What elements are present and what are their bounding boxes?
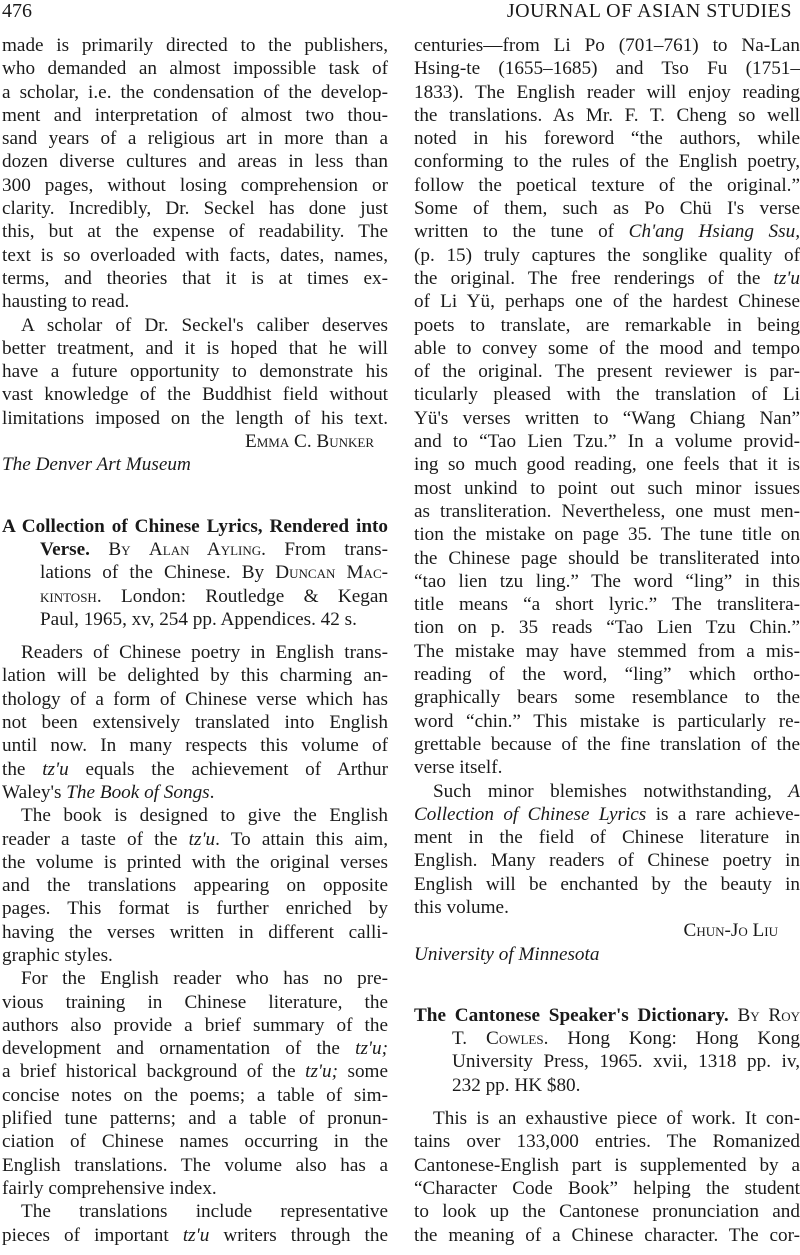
text-line: the Chinese page should be transliterate… bbox=[414, 547, 800, 570]
text-line: “Character Code Book” helping the studen… bbox=[414, 1177, 800, 1200]
text-line: pieces of important tz'u writers through… bbox=[2, 1224, 388, 1247]
reviewer-affiliation: The Denver Art Museum bbox=[2, 453, 388, 476]
heading-line: 232 pp. HK $80. bbox=[414, 1074, 800, 1097]
text-line: ment and interpretation of almost two th… bbox=[2, 104, 388, 127]
text-line: limitations imposed on the length of his… bbox=[2, 407, 388, 430]
text: equals the achievement of Arthur bbox=[85, 759, 388, 780]
text-line: pages. This format is further enriched b… bbox=[2, 897, 388, 920]
text-line: of Li Yü, perhaps one of the hardest Chi… bbox=[414, 290, 800, 313]
heading-line: Paul, 1965, xv, 254 pp. Appendices. 42 s… bbox=[2, 608, 388, 631]
text-line: 1833). The English reader will enjoy rea… bbox=[414, 81, 800, 104]
by-label: By bbox=[108, 539, 130, 560]
text-line: The mistake may have stemmed from a mis- bbox=[414, 640, 800, 663]
review-end-paragraph: made is primarily directed to the publis… bbox=[2, 34, 388, 314]
italic-book-title: Collection of Chinese Lyrics bbox=[414, 804, 646, 825]
text-line: of the original. The present reviewer is… bbox=[414, 360, 800, 383]
text: written to the tune of bbox=[414, 221, 614, 242]
text-line: able to convey some of the mood and temp… bbox=[414, 337, 800, 360]
text-line: centuries—from Li Po (701–761) to Na-Lan bbox=[414, 34, 800, 57]
text: . bbox=[210, 782, 215, 803]
text-line: This is an exhaustive piece of work. It … bbox=[414, 1107, 800, 1130]
text-line: conforming to the rules of the English p… bbox=[414, 150, 800, 173]
right-column: centuries—from Li Po (701–761) to Na-Lan… bbox=[414, 34, 800, 1247]
reviewer-name: Emma C. Bunker bbox=[2, 430, 388, 453]
text-line: and to “Tao Lien Tzu.” In a volume provi… bbox=[414, 430, 800, 453]
text-line: ticularly pleased with the translation o… bbox=[414, 383, 800, 406]
text: the original. The free renderings of the bbox=[414, 268, 760, 289]
text-line: plified tune patterns; and a table of pr… bbox=[2, 1107, 388, 1130]
text-line: this, but at the expense of readability.… bbox=[2, 220, 388, 243]
review-heading: A Collection of Chinese Lyrics, Rendered… bbox=[2, 515, 388, 631]
text-line: English. Many readers of Chinese poetry … bbox=[414, 849, 800, 872]
text-line: title means “a short lyric.” The transli… bbox=[414, 593, 800, 616]
text-line: the translations. As Mr. F. T. Cheng so … bbox=[414, 104, 800, 127]
text-line: most unkind to point out such minor issu… bbox=[414, 477, 800, 500]
text: is a rare achieve- bbox=[656, 804, 800, 825]
book-title-cont: Verse. bbox=[40, 539, 90, 560]
reviewer-affiliation: University of Minnesota bbox=[414, 943, 800, 966]
italic-term: tz'u bbox=[183, 1225, 210, 1246]
text-line: The translations include representative bbox=[2, 1200, 388, 1223]
text-line: the volume is printed with the original … bbox=[2, 851, 388, 874]
text-line: Hsing-te (1655–1685) and Tso Fu (1751– bbox=[414, 57, 800, 80]
text: Waley's bbox=[2, 782, 61, 803]
text: development and ornamentation of the bbox=[2, 1038, 340, 1059]
italic-term: tz'u bbox=[189, 829, 216, 850]
review-body: Readers of Chinese poetry in English tra… bbox=[2, 641, 388, 1247]
text-line: ing so much good reading, one feels that… bbox=[414, 453, 800, 476]
heading-line: kintosh. London: Routledge & Kegan bbox=[2, 585, 388, 608]
text: Such minor blemishes notwithstanding, bbox=[433, 781, 772, 802]
text: writers through the bbox=[223, 1225, 388, 1246]
text-line: having the verses written in different c… bbox=[2, 921, 388, 944]
text-line: development and ornamentation of the tz'… bbox=[2, 1037, 388, 1060]
text-line: follow the poetical texture of the origi… bbox=[414, 174, 800, 197]
text-line: authors also provide a brief summary of … bbox=[2, 1014, 388, 1037]
page-number: 476 bbox=[2, 0, 32, 23]
italic-term: tz'u; bbox=[305, 1061, 338, 1082]
author-name: Roy bbox=[768, 1005, 800, 1026]
review-end-paragraph-2: A scholar of Dr. Seckel's caliber deserv… bbox=[2, 314, 388, 430]
text-line: who demanded an almost impossible task o… bbox=[2, 57, 388, 80]
text-line: tains over 133,000 entries. The Romanize… bbox=[414, 1130, 800, 1153]
text-line: English translations. The volume also ha… bbox=[2, 1154, 388, 1177]
book-title-line: A Collection of Chinese Lyrics, Rendered… bbox=[2, 515, 388, 538]
heading-line: University Press, 1965. xvii, 1318 pp. i… bbox=[414, 1050, 800, 1073]
review-heading: The Cantonese Speaker's Dictionary. By R… bbox=[414, 1004, 800, 1097]
italic-tune-title: Ch'ang Hsiang Ssu, bbox=[629, 221, 800, 242]
text-line: dozen diverse cultures and areas in less… bbox=[2, 150, 388, 173]
heading-line: Verse. By Alan Ayling. From trans- bbox=[2, 538, 388, 561]
text: pieces of important bbox=[2, 1225, 169, 1246]
author-name: kintosh. bbox=[40, 586, 102, 607]
text-line: Yü's verses written to “Wang Chiang Nan” bbox=[414, 407, 800, 430]
heading-line: T. Cowles. Hong Kong: Hong Kong bbox=[414, 1027, 800, 1050]
text-line: thology of a form of Chinese verse which… bbox=[2, 688, 388, 711]
text-line: the original. The free renderings of the… bbox=[414, 267, 800, 290]
text-line: made is primarily directed to the publis… bbox=[2, 34, 388, 57]
review-body-continued: centuries—from Li Po (701–761) to Na-Lan… bbox=[414, 34, 800, 919]
text-line: ciation of Chinese names occurring in th… bbox=[2, 1130, 388, 1153]
text-line: vast knowledge of the Buddhist field wit… bbox=[2, 383, 388, 406]
heading-text: lations of the Chinese. By bbox=[40, 562, 264, 583]
text: a brief historical background of the bbox=[2, 1061, 296, 1082]
text-line: the meaning of a Chinese character. The … bbox=[414, 1224, 800, 1247]
text-line: clarity. Incredibly, Dr. Seckel has done… bbox=[2, 197, 388, 220]
text-line: noted in his foreword “the authors, whil… bbox=[414, 127, 800, 150]
author-name: Duncan Mac- bbox=[275, 562, 388, 583]
author-name: Alan Ayling. bbox=[149, 539, 266, 560]
text-line: graphic styles. bbox=[2, 944, 388, 967]
text-line: fairly comprehensive index. bbox=[2, 1177, 388, 1200]
italic-term: tz'u bbox=[774, 268, 800, 289]
text-line: verse itself. bbox=[414, 756, 800, 779]
heading-line: lations of the Chinese. By Duncan Mac- bbox=[2, 561, 388, 584]
author-name: T. Cowles. bbox=[452, 1028, 548, 1049]
text-line: tion on p. 35 reads “Tao Lien Tzu Chin.” bbox=[414, 616, 800, 639]
text-line: better treatment, and it is hoped that h… bbox=[2, 337, 388, 360]
text-line: Some of them, such as Po Chü I's verse bbox=[414, 197, 800, 220]
text-line: and the translations appearing on opposi… bbox=[2, 874, 388, 897]
text-line: Cantonese-English part is supplemented b… bbox=[414, 1154, 800, 1177]
text-line: have a future opportunity to demonstrate… bbox=[2, 360, 388, 383]
text-line: poets to translate, are remarkable in be… bbox=[414, 314, 800, 337]
text: the bbox=[2, 759, 25, 780]
text-line: sand years of a religious art in more th… bbox=[2, 127, 388, 150]
italic-book-title: The Book of Songs bbox=[66, 782, 209, 803]
text-line: hausting to read. bbox=[2, 290, 388, 313]
text-line: until now. In many respects this volume … bbox=[2, 734, 388, 757]
text-line: this volume. bbox=[414, 896, 800, 919]
text-line: 300 pages, without losing comprehension … bbox=[2, 174, 388, 197]
text-line: tion the mistake on page 35. The tune ti… bbox=[414, 523, 800, 546]
text-line: reading of the word, “ling” which ortho- bbox=[414, 663, 800, 686]
text-line: a brief historical background of the tz'… bbox=[2, 1060, 388, 1083]
text-line: “tao lien tzu ling.” The word “ling” in … bbox=[414, 570, 800, 593]
text-line: The book is designed to give the English bbox=[2, 804, 388, 827]
text-line: text is so overloaded with facts, dates,… bbox=[2, 244, 388, 267]
heading-line: The Cantonese Speaker's Dictionary. By R… bbox=[414, 1004, 800, 1027]
text-line: not been extensively translated into Eng… bbox=[2, 711, 388, 734]
text-line: Such minor blemishes notwithstanding, A bbox=[414, 780, 800, 803]
text: . To attain this aim, bbox=[215, 829, 388, 850]
left-column: made is primarily directed to the publis… bbox=[2, 34, 388, 1247]
text-line: English will be enchanted by the beauty … bbox=[414, 873, 800, 896]
text-line: a scholar, i.e. the condensation of the … bbox=[2, 81, 388, 104]
text-line: A scholar of Dr. Seckel's caliber deserv… bbox=[2, 314, 388, 337]
text-line: (p. 15) truly captures the songlike qual… bbox=[414, 244, 800, 267]
italic-term: tz'u bbox=[42, 759, 69, 780]
text-line: ment in the field of Chinese literature … bbox=[414, 826, 800, 849]
heading-text: From trans- bbox=[284, 539, 388, 560]
text-line: graphically bears some resemblance to th… bbox=[414, 686, 800, 709]
text-line: vious training in Chinese literature, th… bbox=[2, 991, 388, 1014]
italic-book-title: A bbox=[788, 781, 800, 802]
text-line: grettable because of the fine translatio… bbox=[414, 733, 800, 756]
running-head: JOURNAL OF ASIAN STUDIES bbox=[507, 0, 792, 23]
text-line: terms, and theories that it is at times … bbox=[2, 267, 388, 290]
text-line: Waley's The Book of Songs. bbox=[2, 781, 388, 804]
text-line: word “chin.” This mistake is particularl… bbox=[414, 710, 800, 733]
text-line: to look up the Cantonese pronunciation a… bbox=[414, 1200, 800, 1223]
text-line: written to the tune of Ch'ang Hsiang Ssu… bbox=[414, 220, 800, 243]
review-body: This is an exhaustive piece of work. It … bbox=[414, 1107, 800, 1247]
text-line: as transliteration. Nevertheless, one mu… bbox=[414, 500, 800, 523]
text-line: Collection of Chinese Lyrics is a rare a… bbox=[414, 803, 800, 826]
text-line: lation will be delighted by this charmin… bbox=[2, 664, 388, 687]
text-line: reader a taste of the tz'u. To attain th… bbox=[2, 828, 388, 851]
heading-text: Hong Kong: Hong Kong bbox=[567, 1028, 800, 1049]
text-line: the tz'u equals the achievement of Arthu… bbox=[2, 758, 388, 781]
text: some bbox=[348, 1061, 389, 1082]
by-label: By bbox=[737, 1005, 759, 1026]
reviewer-name: Chun-Jo Liu bbox=[414, 919, 800, 942]
italic-term: tz'u; bbox=[355, 1038, 388, 1059]
heading-text: London: Routledge & Kegan bbox=[121, 586, 388, 607]
text: reader a taste of the bbox=[2, 829, 178, 850]
book-title: The Cantonese Speaker's Dictionary. bbox=[414, 1005, 729, 1026]
text-line: Readers of Chinese poetry in English tra… bbox=[2, 641, 388, 664]
text-line: concise notes on the poems; a table of s… bbox=[2, 1084, 388, 1107]
text-line: For the English reader who has no pre- bbox=[2, 967, 388, 990]
